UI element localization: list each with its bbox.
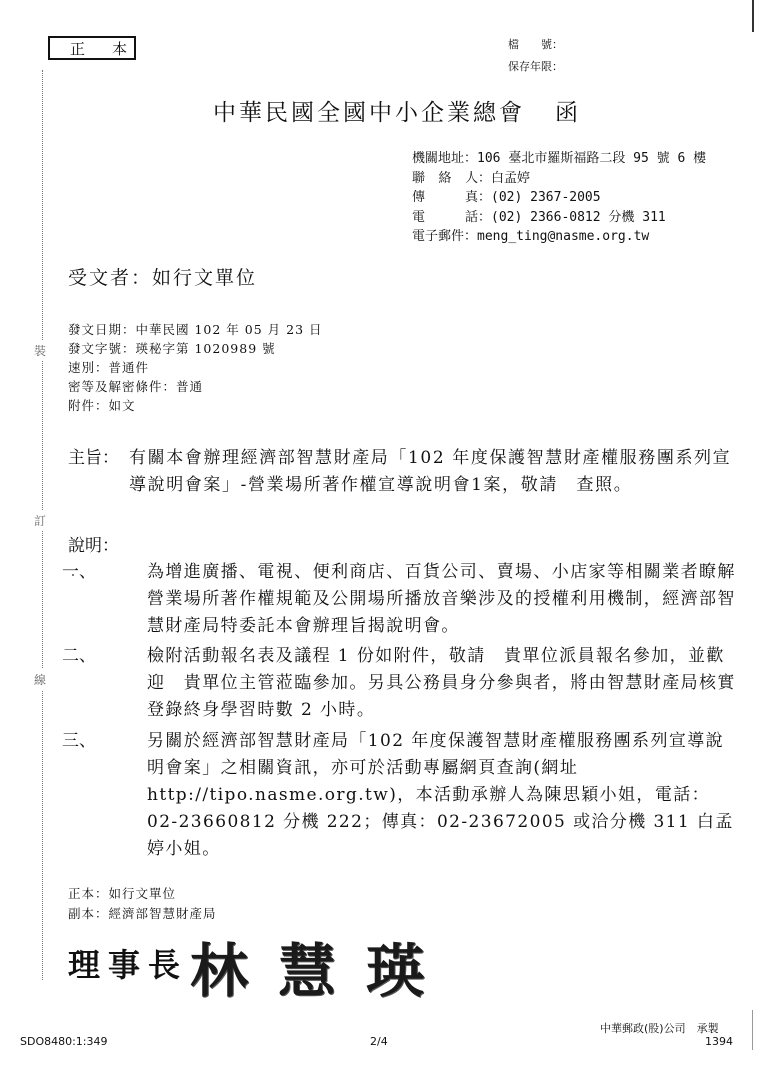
address-value: 106 臺北市羅斯福路二段 95 號 6 樓 xyxy=(477,149,706,169)
copy-recipients: 副本：經濟部智慧財產局 xyxy=(68,904,217,924)
retention-label: 保存年限： xyxy=(508,56,563,78)
stamp-char: 本 xyxy=(112,37,127,61)
label-char: 絡 xyxy=(438,169,451,189)
serial-number: 1394 xyxy=(705,1035,733,1048)
binding-char-zhuang: 裝 xyxy=(34,340,46,361)
colon: ： xyxy=(464,227,477,247)
binding-char-ding: 訂 xyxy=(34,510,46,531)
contact-block: 機關地址：106 臺北市羅斯福路二段 95 號 6 樓 聯 絡 人 ：白孟婷 傳… xyxy=(412,149,706,247)
signatory-title: 理事長 xyxy=(68,940,188,986)
label-char: 電 xyxy=(412,208,425,228)
item-number: 一、 xyxy=(62,559,96,586)
fax-value: (02) 2367-2005 xyxy=(491,188,601,208)
colon: ： xyxy=(464,149,477,169)
attachment: 附件：如文 xyxy=(68,396,323,415)
colon: ： xyxy=(478,208,491,228)
file-meta: 檔 號： 保存年限： xyxy=(508,34,563,78)
signature-stamp: 林慧瑛 xyxy=(190,924,454,1008)
file-number-label: 檔 號： xyxy=(508,34,563,56)
contact-fax-row: 傳 真 ：(02) 2367-2005 xyxy=(412,188,706,208)
item-text: 為增進廣播、電視、便利商店、百貨公司、賣場、小店家等相關業者瞭解營業場所著作權規… xyxy=(147,559,737,640)
contact-address-row: 機關地址：106 臺北市羅斯福路二段 95 號 6 樓 xyxy=(412,149,706,169)
explanation-label: 說明： xyxy=(68,531,119,556)
person-label: 聯 絡 人 xyxy=(412,169,478,189)
page-number: 2/4 xyxy=(370,1035,388,1048)
phone-value: (02) 2366-0812 分機 311 xyxy=(491,208,666,228)
item-number: 三、 xyxy=(62,728,96,755)
dispatch-date: 發文日期：中華民國 102 年 05 月 23 日 xyxy=(68,320,323,339)
organization-name: 中華民國全國中小企業總會 xyxy=(213,100,525,126)
recipient-value: 如行文單位 xyxy=(152,267,257,289)
label-char: 人 xyxy=(465,169,478,189)
contact-phone-row: 電 話 ：(02) 2366-0812 分機 311 xyxy=(412,208,706,228)
recipient-label: 受文者： xyxy=(68,267,152,289)
fax-label: 傳 真 xyxy=(412,188,478,208)
document-title: 中華民國全國中小企業總會函 xyxy=(213,94,581,127)
classification: 密等及解密條件：普通 xyxy=(68,377,323,396)
original-recipients: 正本：如行文單位 xyxy=(68,884,217,904)
recipient: 受文者：如行文單位 xyxy=(68,263,257,290)
email-value: meng_ting@nasme.org.tw xyxy=(477,227,649,247)
speed-class: 速別：普通件 xyxy=(68,358,323,377)
binding-char-xian: 線 xyxy=(34,669,46,690)
colon: ： xyxy=(478,169,491,189)
scan-edge-mark xyxy=(752,0,754,32)
original-copy-stamp: 正 本 xyxy=(48,36,136,60)
item-number: 二、 xyxy=(62,643,96,670)
address-label: 機關地址 xyxy=(412,149,464,169)
contact-person-row: 聯 絡 人 ：白孟婷 xyxy=(412,169,706,189)
email-label: 電子郵件 xyxy=(412,227,464,247)
distribution: 正本：如行文單位 副本：經濟部智慧財產局 xyxy=(68,884,217,924)
stamp-char: 正 xyxy=(70,37,85,61)
document-type: 函 xyxy=(555,100,581,126)
label-char: 真 xyxy=(465,188,478,208)
label-char: 聯 xyxy=(412,169,425,189)
subject-text: 有關本會辦理經濟部智慧財產局「102 年度保護智慧財產權服務團系列宣導說明會案」… xyxy=(129,445,749,499)
form-code: SDO8480:1:349 xyxy=(20,1035,108,1048)
item-text: 另關於經濟部智慧財產局「102 年度保護智慧財產權服務團系列宣導說明會案」之相關… xyxy=(147,728,737,863)
item-text: 檢附活動報名表及議程 1 份如附件，敬請 貴單位派員報名參加，並歡迎 貴單位主管… xyxy=(147,643,737,724)
subject-label: 主旨： xyxy=(68,445,119,472)
dispatch-meta: 發文日期：中華民國 102 年 05 月 23 日 發文字號：瑛秘字第 1020… xyxy=(68,320,323,415)
contact-email-row: 電子郵件：meng_ting@nasme.org.tw xyxy=(412,227,706,247)
scan-edge-mark xyxy=(752,1010,753,1050)
label-char: 話 xyxy=(465,208,478,228)
dispatch-number: 發文字號：瑛秘字第 1020989 號 xyxy=(68,339,323,358)
phone-label: 電 話 xyxy=(412,208,478,228)
colon: ： xyxy=(478,188,491,208)
printer-credit: 中華郵政(股)公司 承製 xyxy=(600,1020,719,1036)
label-char: 傳 xyxy=(412,188,425,208)
person-value: 白孟婷 xyxy=(491,169,530,189)
